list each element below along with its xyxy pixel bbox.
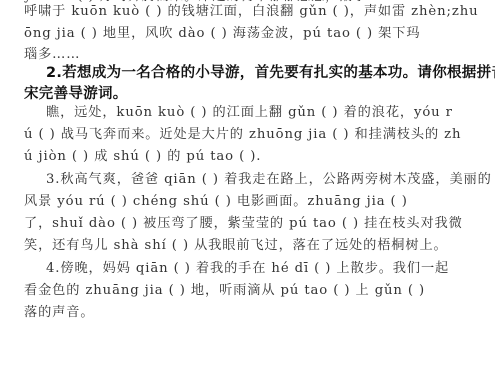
paragraph-line: 3.秋高气爽，爸爸 qiān ( ) 着我走在路上，公路两旁树木茂盛，美丽的 bbox=[46, 171, 492, 189]
paragraph-line: 笑，还有鸟儿 shà shí ( ) 从我眼前飞过，落在了远处的梧桐树上。 bbox=[24, 237, 448, 255]
worksheet-page: yóu rú ( ) 万马奔腾而来。岸边的树木郁郁葱葱，潮水 呼啸于 kuōn … bbox=[0, 0, 495, 370]
paragraph-line: 看金色的 zhuāng jia ( ) 地，听雨滴从 pú tao ( ) 上 … bbox=[24, 282, 425, 300]
paragraph-line: 了，shuǐ dào ( ) 被压弯了腰，紫莹莹的 pú tao ( ) 挂在枝… bbox=[24, 215, 463, 233]
paragraph-line: ú jiòn ( ) 成 shú ( ) 的 pú tao ( ). bbox=[24, 148, 261, 166]
section-heading-cont: 宋完善导游词。 bbox=[24, 82, 128, 103]
text-line: 呼啸于 kuōn kuò ( ) 的钱塘江面，白浪翻 gǔn ( )，声如雷 z… bbox=[24, 3, 479, 21]
paragraph-line: 风景 yóu rú ( ) chéng shú ( ) 电影画面。zhuāng … bbox=[24, 193, 408, 211]
paragraph-line: 瞧，远处，kuōn kuò ( ) 的江面上翻 gǔn ( ) 着的浪花，yóu… bbox=[46, 104, 453, 122]
text-line: ōng jia ( ) 地里，风吹 dào ( ) 海荡金波，pú tao ( … bbox=[24, 25, 420, 43]
paragraph-line: 落的声音。 bbox=[24, 304, 94, 322]
paragraph-line: ú ( ) 战马飞奔而来。近处是大片的 zhuōng jia ( ) 和挂满枝头… bbox=[24, 126, 461, 144]
section-heading: 2.若想成为一名合格的小导游，首先要有扎实的基本功。请你根据拼音，帮小 bbox=[46, 61, 495, 82]
paragraph-line: 4.傍晚，妈妈 qiān ( ) 着我的手在 hé dī ( ) 上散步。我们一… bbox=[46, 260, 449, 278]
